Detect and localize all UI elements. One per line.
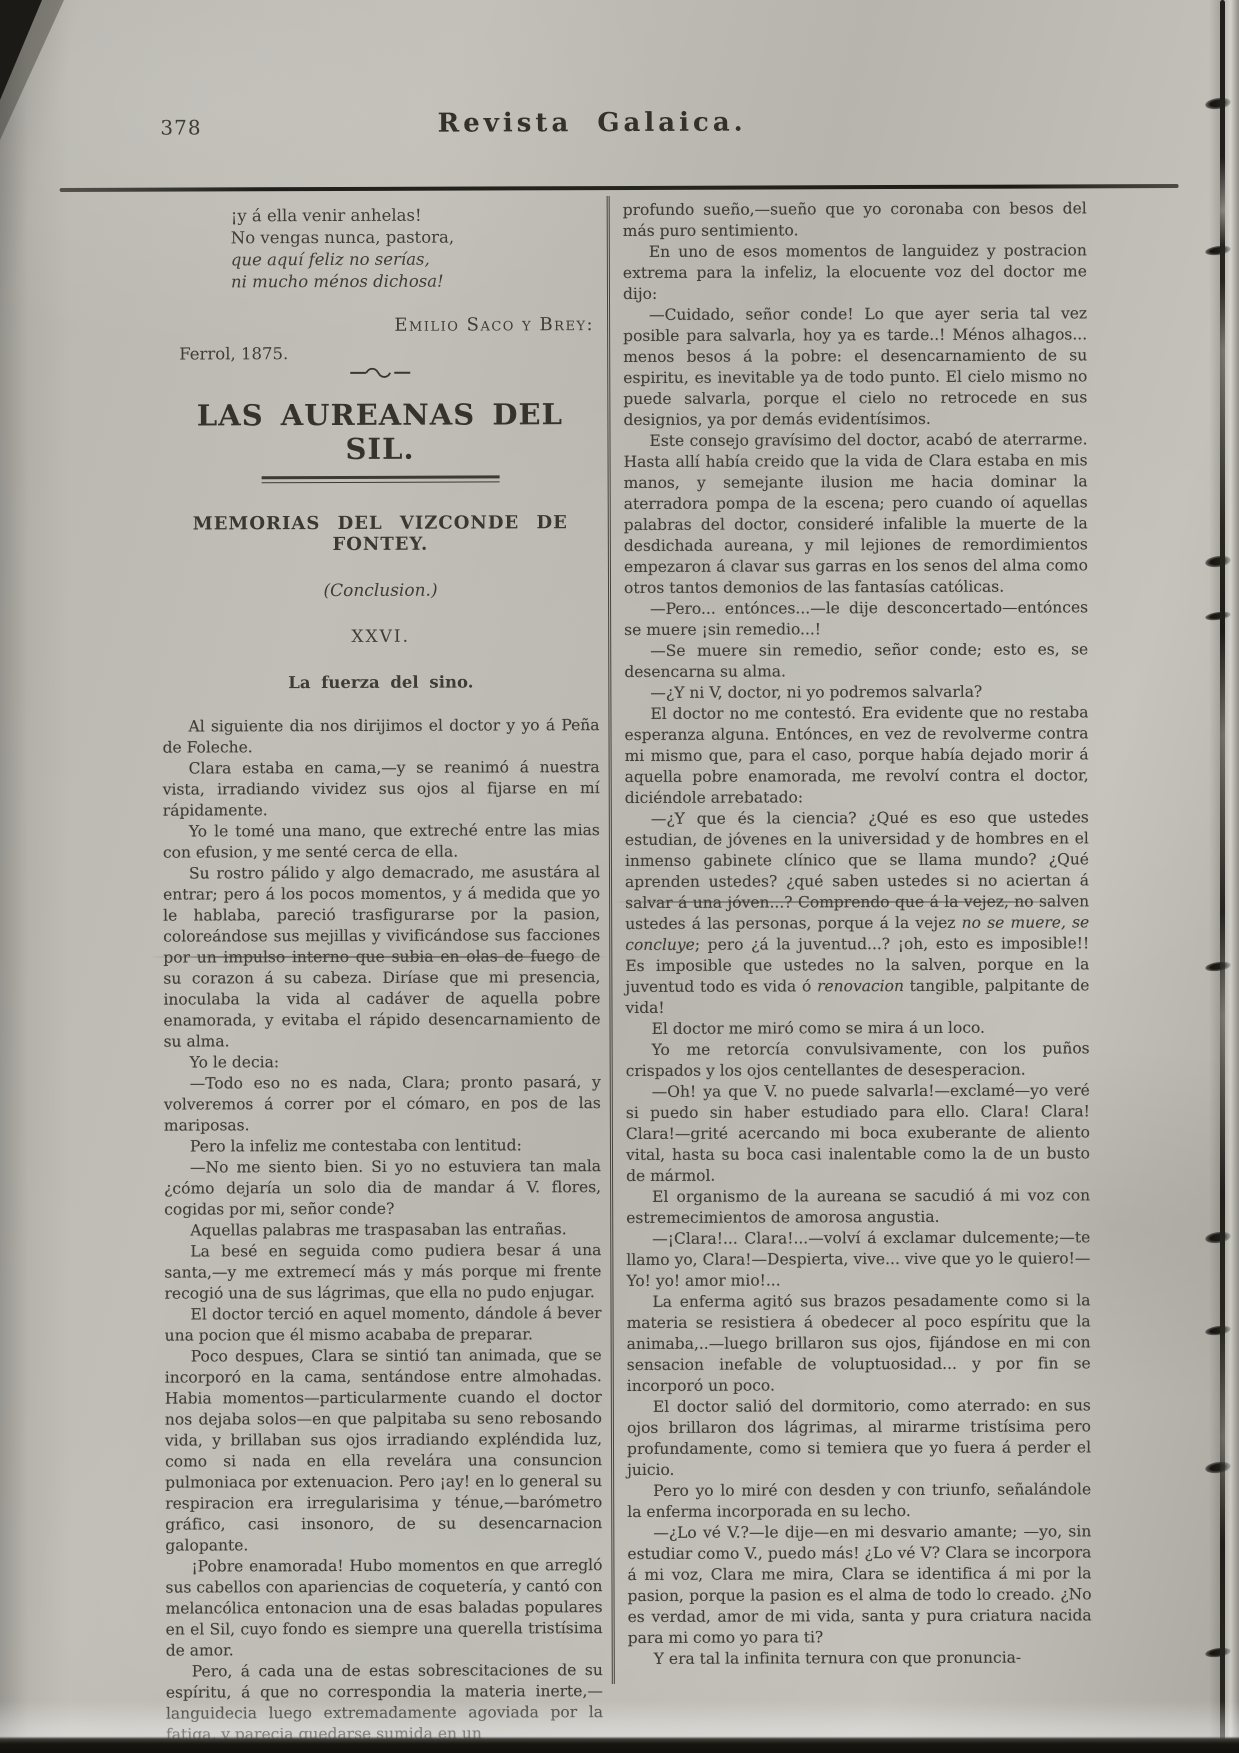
story-subtitle: MEMORIAS DEL VIZCONDE DE FONTEY. bbox=[162, 512, 599, 556]
story-paragraph: Este consejo gravísimo del doctor, acabó… bbox=[623, 429, 1088, 599]
story-paragraph: El organismo de la aureana se sacudió á … bbox=[626, 1185, 1090, 1229]
story-paragraph: Pero yo lo miré con desden y con triunfo… bbox=[627, 1479, 1091, 1523]
title-double-rule bbox=[261, 475, 499, 483]
story-paragraph: Al siguiente dia nos dirijimos el doctor… bbox=[162, 715, 599, 759]
journal-title: Revista Galaica. bbox=[438, 108, 747, 139]
story-paragraph: —¿Y que és la ciencia? ¿Qué es eso que u… bbox=[625, 807, 1090, 1019]
chapter-number: XXVI. bbox=[162, 626, 599, 648]
story-paragraph: ¡Pobre enamorada! Hubo momentos en que a… bbox=[165, 1555, 602, 1662]
poem-place-date: Ferrol, 1875. bbox=[179, 343, 598, 363]
left-column: ¡y á ella venir anhelas!No vengas nunca,… bbox=[161, 194, 603, 1746]
story-paragraph: —Todo eso no es nada, Clara; pronto pasa… bbox=[164, 1072, 601, 1137]
story-paragraph: —Se muere sin remedio, señor conde; esto… bbox=[624, 639, 1088, 683]
story-paragraph: Y era tal la infinita ternura con que pr… bbox=[628, 1647, 1092, 1670]
page-header: 378 Revista Galaica. bbox=[0, 106, 1237, 188]
squiggle-divider-icon bbox=[161, 364, 598, 385]
story-paragraph: El doctor me miró como se mira á un loco… bbox=[626, 1017, 1090, 1040]
story-paragraph: Yo le decia: bbox=[164, 1051, 601, 1074]
poem-author: Emilio Saco y Brey: bbox=[161, 314, 598, 337]
story-paragraph: El doctor no me contestó. Era evidente q… bbox=[624, 702, 1088, 809]
story-paragraph: Su rostro pálido y algo demacrado, me as… bbox=[163, 862, 601, 1053]
story-paragraph: Aquellas palabras me traspasaban las ent… bbox=[164, 1219, 601, 1242]
story-paragraph: Pero la infeliz me contestaba con lentit… bbox=[164, 1135, 601, 1158]
poem-line: No vengas nunca, pastora, bbox=[231, 226, 598, 249]
poem-line: ¡y á ella venir anhelas! bbox=[231, 204, 598, 227]
conclusion-note: (Conclusion.) bbox=[162, 580, 599, 602]
story-paragraph: —¿Lo vé V.?—le dije—en mi desvario amant… bbox=[627, 1521, 1091, 1649]
poem-block: ¡y á ella venir anhelas!No vengas nunca,… bbox=[231, 204, 598, 293]
story-paragraph: —¡Clara!... Clara!...—volví á exclamar d… bbox=[626, 1227, 1090, 1292]
story-paragraph: Poco despues, Clara se sintió tan animad… bbox=[165, 1345, 603, 1557]
story-paragraph: La besé en seguida como pudiera besar á … bbox=[164, 1240, 601, 1305]
story-paragraph: Yo me retorcía convulsivamente, con los … bbox=[626, 1038, 1090, 1082]
column-divider bbox=[607, 196, 615, 1684]
story-paragraph: La enferma agitó sus brazos pesadamente … bbox=[626, 1290, 1090, 1397]
two-column-layout: ¡y á ella venir anhelas!No vengas nunca,… bbox=[161, 192, 1092, 1745]
story-paragraph: Clara estaba en cama,—y se reanimó á nue… bbox=[163, 757, 600, 822]
story-paragraph: —¿Y ni V, doctor, ni yo podremos salvarl… bbox=[624, 681, 1088, 704]
right-column: profundo sueño,—sueño que yo coronaba co… bbox=[623, 192, 1092, 1744]
poem-line: que aquí feliz no serías, bbox=[231, 248, 598, 271]
story-paragraph: El doctor salió del dormitorio, como ate… bbox=[627, 1395, 1091, 1481]
story-paragraph: —Cuidado, señor conde! Lo que ayer seria… bbox=[623, 303, 1087, 431]
page-content: 378 Revista Galaica. ¡y á ella venir anh… bbox=[0, 0, 1239, 1746]
left-column-body: Al siguiente dia nos dirijimos el doctor… bbox=[162, 715, 603, 1746]
story-paragraph: —Oh! ya que V. no puede salvarla!—exclam… bbox=[626, 1080, 1090, 1187]
story-paragraph: En uno de esos momentos de languidez y p… bbox=[623, 240, 1087, 305]
story-paragraph: El doctor terció en aquel momento, dándo… bbox=[165, 1303, 602, 1347]
poem-line: ni mucho ménos dichosa! bbox=[231, 270, 598, 293]
story-paragraph: Pero, á cada una de estas sobrescitacion… bbox=[166, 1660, 603, 1746]
right-column-body: profundo sueño,—sueño que yo coronaba co… bbox=[623, 198, 1092, 1670]
story-paragraph: profundo sueño,—sueño que yo coronaba co… bbox=[623, 198, 1087, 242]
story-title: LAS AUREANAS DEL SIL. bbox=[161, 397, 598, 467]
story-paragraph: Yo le tomé una mano, que extreché entre … bbox=[163, 820, 600, 864]
chapter-title: La fuerza del sino. bbox=[162, 672, 599, 693]
story-paragraph: —Pero... entónces...—le dije desconcerta… bbox=[624, 597, 1088, 641]
scanned-page: 378 Revista Galaica. ¡y á ella venir anh… bbox=[0, 0, 1239, 1753]
page-number: 378 bbox=[160, 115, 201, 139]
story-paragraph: —No me siento bien. Si yo no estuviera t… bbox=[164, 1156, 601, 1221]
